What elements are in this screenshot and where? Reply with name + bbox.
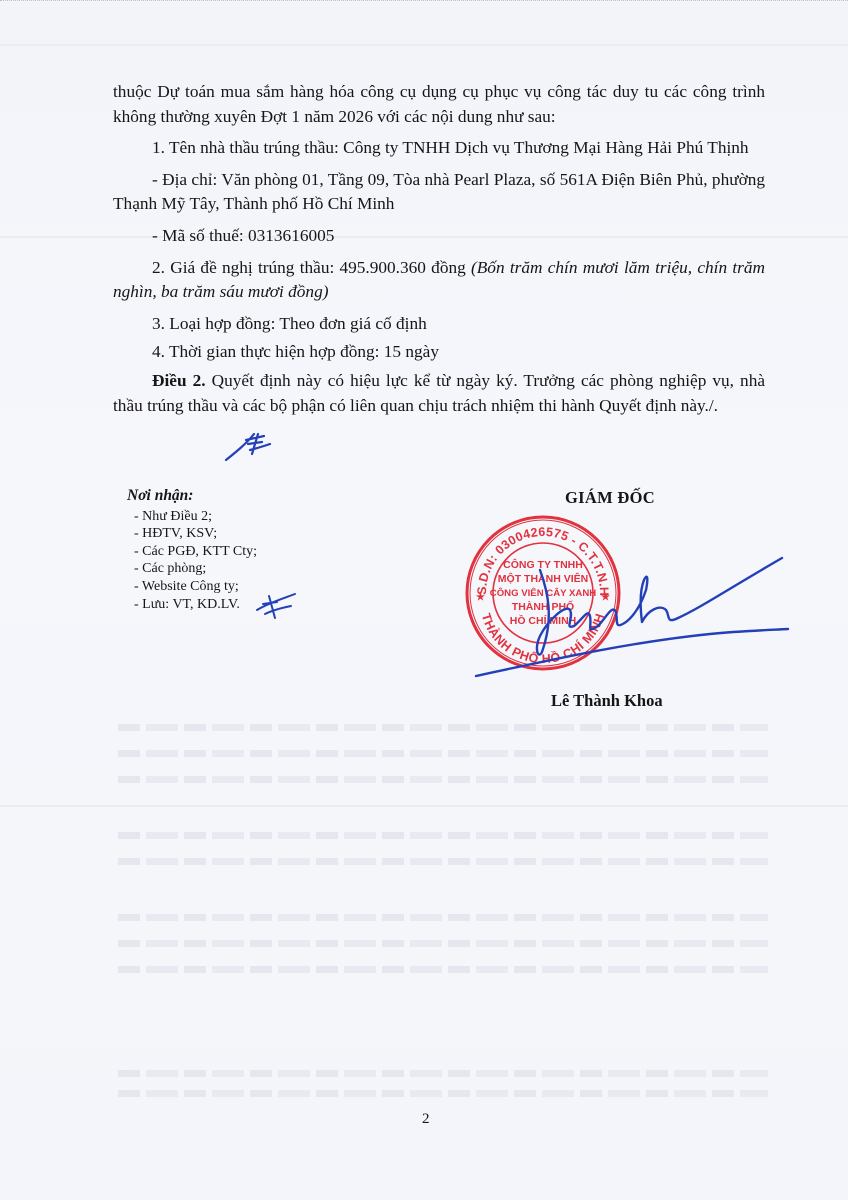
- recipients-list: Nơi nhận: - Như Điều 2; - HĐTV, KSV; - C…: [126, 487, 386, 613]
- recipient-item: - Các phòng;: [126, 560, 386, 578]
- recipient-item: - Các PGĐ, KTT Cty;: [126, 543, 386, 561]
- tax-code-paragraph: - Mã số thuế: 0313616005: [113, 224, 765, 249]
- signer-position: GIÁM ĐỐC: [565, 488, 655, 508]
- article-2-text: Quyết định này có hiệu lực kể từ ngày ký…: [113, 371, 765, 415]
- page-number: 2: [422, 1111, 430, 1128]
- recipient-item: - Như Điều 2;: [126, 508, 386, 526]
- bid-price-paragraph: 2. Giá đề nghị trúng thầu: 495.900.360 đ…: [113, 256, 765, 305]
- article-2-heading: Điều 2.: [152, 371, 206, 390]
- contractor-address-paragraph: - Địa chỉ: Văn phòng 01, Tầng 09, Tòa nh…: [113, 168, 765, 217]
- signer-name: Lê Thành Khoa: [551, 691, 663, 711]
- bid-price-amount: 2. Giá đề nghị trúng thầu: 495.900.360 đ…: [152, 258, 471, 277]
- recipient-item: - HĐTV, KSV;: [126, 525, 386, 543]
- scan-edge-artifact: [0, 0, 848, 6]
- initial-mark-icon: [224, 430, 274, 462]
- recipients-title: Nơi nhận:: [127, 487, 386, 505]
- intro-continued-paragraph: thuộc Dự toán mua sắm hàng hóa công cụ d…: [113, 80, 765, 129]
- document-page: thuộc Dự toán mua sắm hàng hóa công cụ d…: [0, 0, 848, 1200]
- document-body: thuộc Dự toán mua sắm hàng hóa công cụ d…: [113, 80, 765, 425]
- scan-fold-line: [0, 44, 848, 46]
- contract-type-paragraph: 3. Loại hợp đồng: Theo đơn giá cố định: [113, 312, 765, 337]
- scan-fold-line: [0, 805, 848, 807]
- recipient-item: - Website Công ty;: [126, 578, 386, 596]
- article-2-paragraph: Điều 2. Quyết định này có hiệu lực kể từ…: [113, 369, 765, 418]
- contract-duration-paragraph: 4. Thời gian thực hiện hợp đồng: 15 ngày: [113, 340, 765, 365]
- director-signature-icon: [470, 530, 790, 680]
- winning-contractor-paragraph: 1. Tên nhà thầu trúng thầu: Công ty TNHH…: [113, 136, 765, 161]
- recipient-item: - Lưu: VT, KD.LV.: [126, 596, 386, 614]
